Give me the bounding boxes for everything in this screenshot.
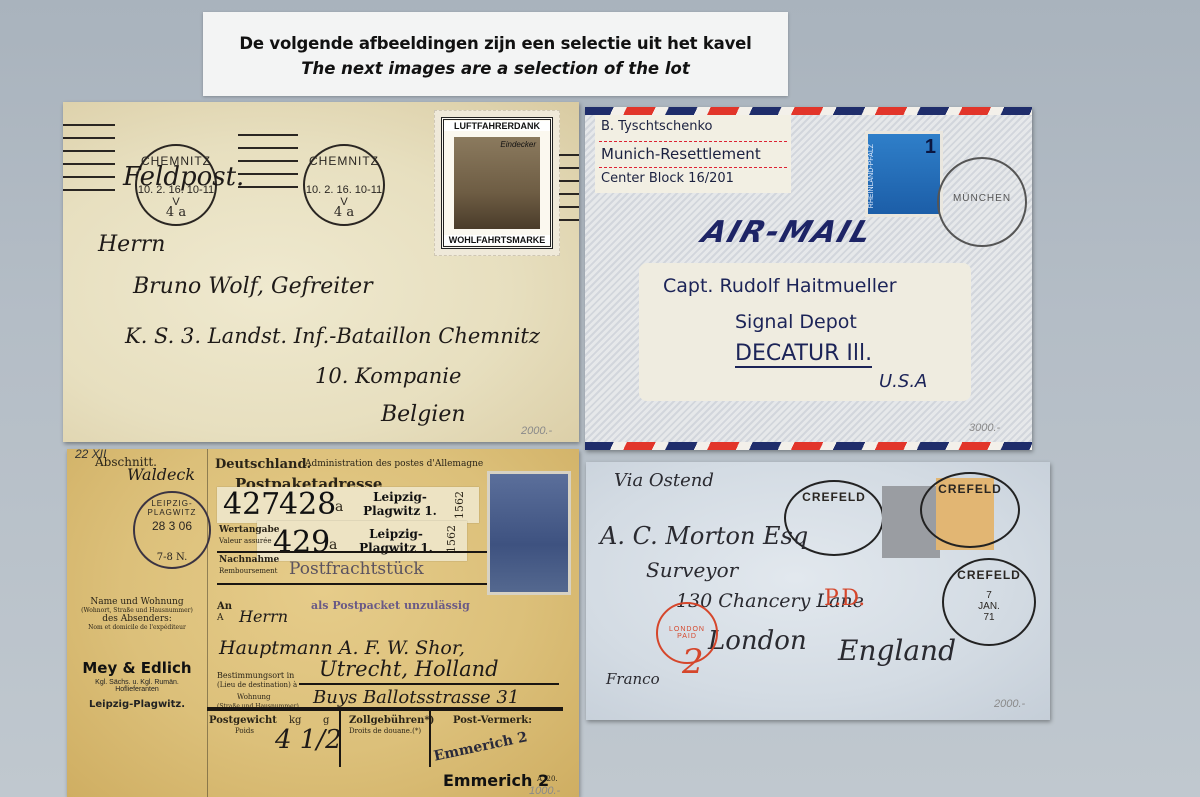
airmail-border-bottom (585, 442, 1032, 450)
parcel-number-slip: 427 428 a Leipzig-Plagwitz 1. 1562 (217, 487, 479, 523)
price-note: 3000.- (969, 422, 1000, 434)
weight-manuscript: 4 1/2 (275, 725, 342, 755)
emmerich-handstamp: Emmerich 2 (432, 729, 528, 764)
address-line: K. S. 3. Landst. Inf.-Bataillon Chemnitz (125, 324, 540, 348)
price-note: 2000.- (994, 698, 1025, 710)
feldpost-endorsement: Feldpost. (123, 162, 244, 192)
caption-dutch: De volgende afbeeldingen zijn een select… (203, 34, 788, 53)
machine-cancel-lines (63, 124, 115, 202)
postmark-leipzig-plagwitz: LEIPZIG-PLAGWITZ 28 3 06 7-8 N. (133, 491, 211, 569)
address-line: Belgien (381, 402, 466, 427)
postmark-crefeld: CREFELD (920, 472, 1020, 548)
machine-cancel-lines (559, 154, 579, 232)
rate-mark: 2 (682, 642, 704, 682)
address-line: Herrn (98, 232, 165, 257)
machine-cancel-lines (238, 134, 298, 199)
airplane-image: Eindecker (454, 137, 540, 229)
price-note: 1000.- (529, 785, 560, 797)
airmail-border-top (585, 107, 1032, 115)
feldpost-cover: CHEMNITZ 10. 2. 16. 10-11 V 4 a CHEMNITZ… (63, 102, 579, 442)
address-line: Bruno Wolf, Gefreiter (133, 274, 373, 299)
lot-caption-banner: De volgende afbeeldingen zijn een select… (203, 12, 788, 96)
header-admin: Administration des postes d'Allemagne (305, 459, 483, 469)
caption-english: The next images are a selection of the l… (203, 59, 788, 78)
return-address-label: B. Tyschtschenko Munich-Resettlement Cen… (595, 115, 791, 193)
franco-endorsement: Franco (606, 670, 660, 688)
postmark-crefeld: CREFELD 7JAN.71 (942, 558, 1036, 646)
postmark-muenchen: MÜNCHEN (937, 157, 1027, 247)
manuscript-waldeck: Waldeck (127, 465, 195, 484)
postmark-chemnitz: CHEMNITZ 10. 2. 16. 10-11 V 4 a (303, 144, 385, 226)
violet-handstamp: als Postpacket unzulässig (311, 599, 470, 612)
parcel-number-slip: 429 a Leipzig-Plagwitz 1. 1562 (257, 521, 467, 561)
airmail-label: AIR-MAIL (697, 215, 878, 250)
address-window: Capt. Rudolf Haitmueller Signal Depot DE… (639, 263, 971, 401)
price-note: 2000.- (521, 425, 552, 437)
sender-imprint: Mey & Edlich Kgl. Sächs. u. Kgl. Rumän. … (67, 659, 207, 710)
airmail-cover: B. Tyschtschenko Munich-Resettlement Cen… (585, 107, 1032, 450)
luftfahrerdank-vignette: LUFTFAHRERDANK Eindecker WOHLFAHRTSMARKE (434, 110, 560, 256)
pd-mark: P.D. (824, 586, 865, 611)
sender-block: Name und Wohnung (Wohnort, Straße und Ha… (67, 597, 207, 631)
crefeld-cover: Via Ostend CREFELD CREFELD CREFELD 7JAN.… (586, 462, 1050, 720)
rheinland-pfalz-stamp: 1 RHEINLAND-PFALZ (865, 131, 943, 217)
germania-2-mark-stamp (487, 471, 571, 595)
postfrachtstueck-stamp: Postfrachtstück (289, 559, 424, 579)
address-line: 10. Kompanie (315, 364, 461, 388)
route-endorsement: Via Ostend (614, 470, 714, 491)
parcel-dispatch-card: 22 XII Abschnitt. Waldeck Deutschland. A… (67, 449, 579, 797)
header-country: Deutschland. (215, 457, 311, 472)
